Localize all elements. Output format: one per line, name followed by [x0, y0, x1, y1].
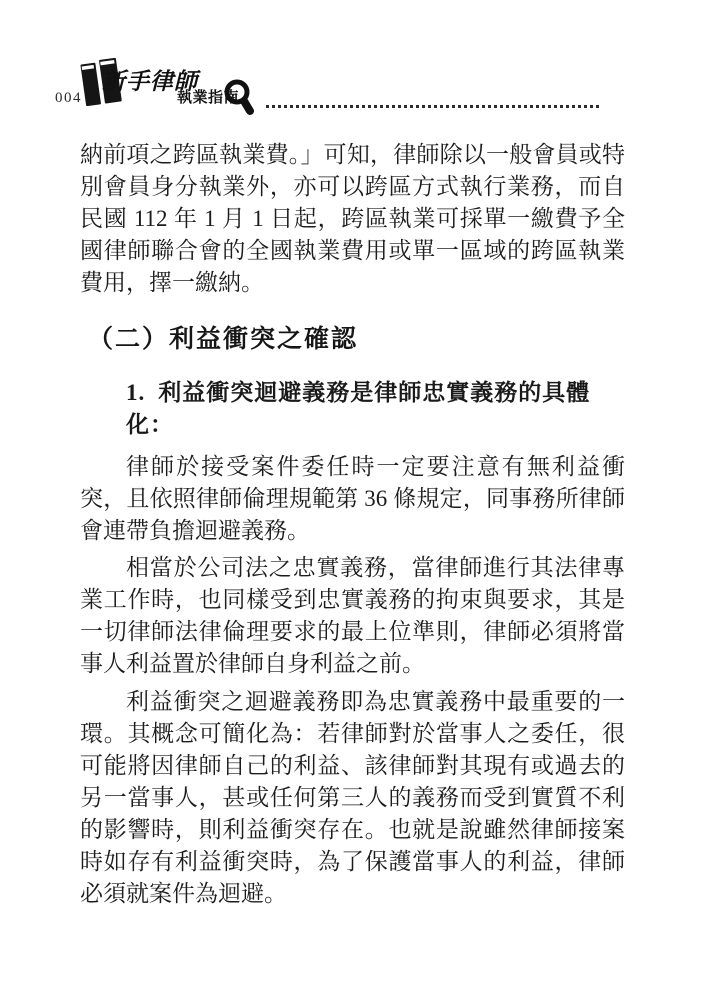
paragraph: 相當於公司法之忠實義務，當律師進行其法律專業工作時，也同樣受到忠實義務的拘束與要… — [80, 552, 625, 680]
book-page: 004 新手律師 執業指南 納前項之跨區執業費。」可知，律師除以一般會員或特別會… — [0, 0, 705, 1000]
list-item-text: 利益衝突迴避義務是律師忠實義務的具體化： — [126, 380, 590, 437]
page-body: 納前項之跨區執業費。」可知，律師除以一般會員或特別會員身分執業外，亦可以跨區方式… — [80, 139, 625, 910]
section-heading: （二）利益衝突之確認 — [88, 323, 625, 357]
paragraph: 利益衝突之迴避義務即為忠實義務中最重要的一環。其概念可簡化為：若律師對於當事人之… — [80, 686, 625, 910]
paragraph-continuation: 納前項之跨區執業費。」可知，律師除以一般會員或特別會員身分執業外，亦可以跨區方式… — [80, 139, 625, 299]
header-dotted-rule — [266, 105, 600, 108]
paragraph: 律師於接受案件委任時一定要注意有無利益衝突，且依照律師倫理規範第 36 條規定，… — [80, 451, 625, 547]
page-header: 004 新手律師 執業指南 — [0, 0, 705, 125]
numbered-list-item: 1.利益衝突迴避義務是律師忠實義務的具體化： — [80, 377, 625, 441]
magnifier-icon — [223, 78, 259, 118]
list-item-number: 1. — [126, 380, 145, 405]
